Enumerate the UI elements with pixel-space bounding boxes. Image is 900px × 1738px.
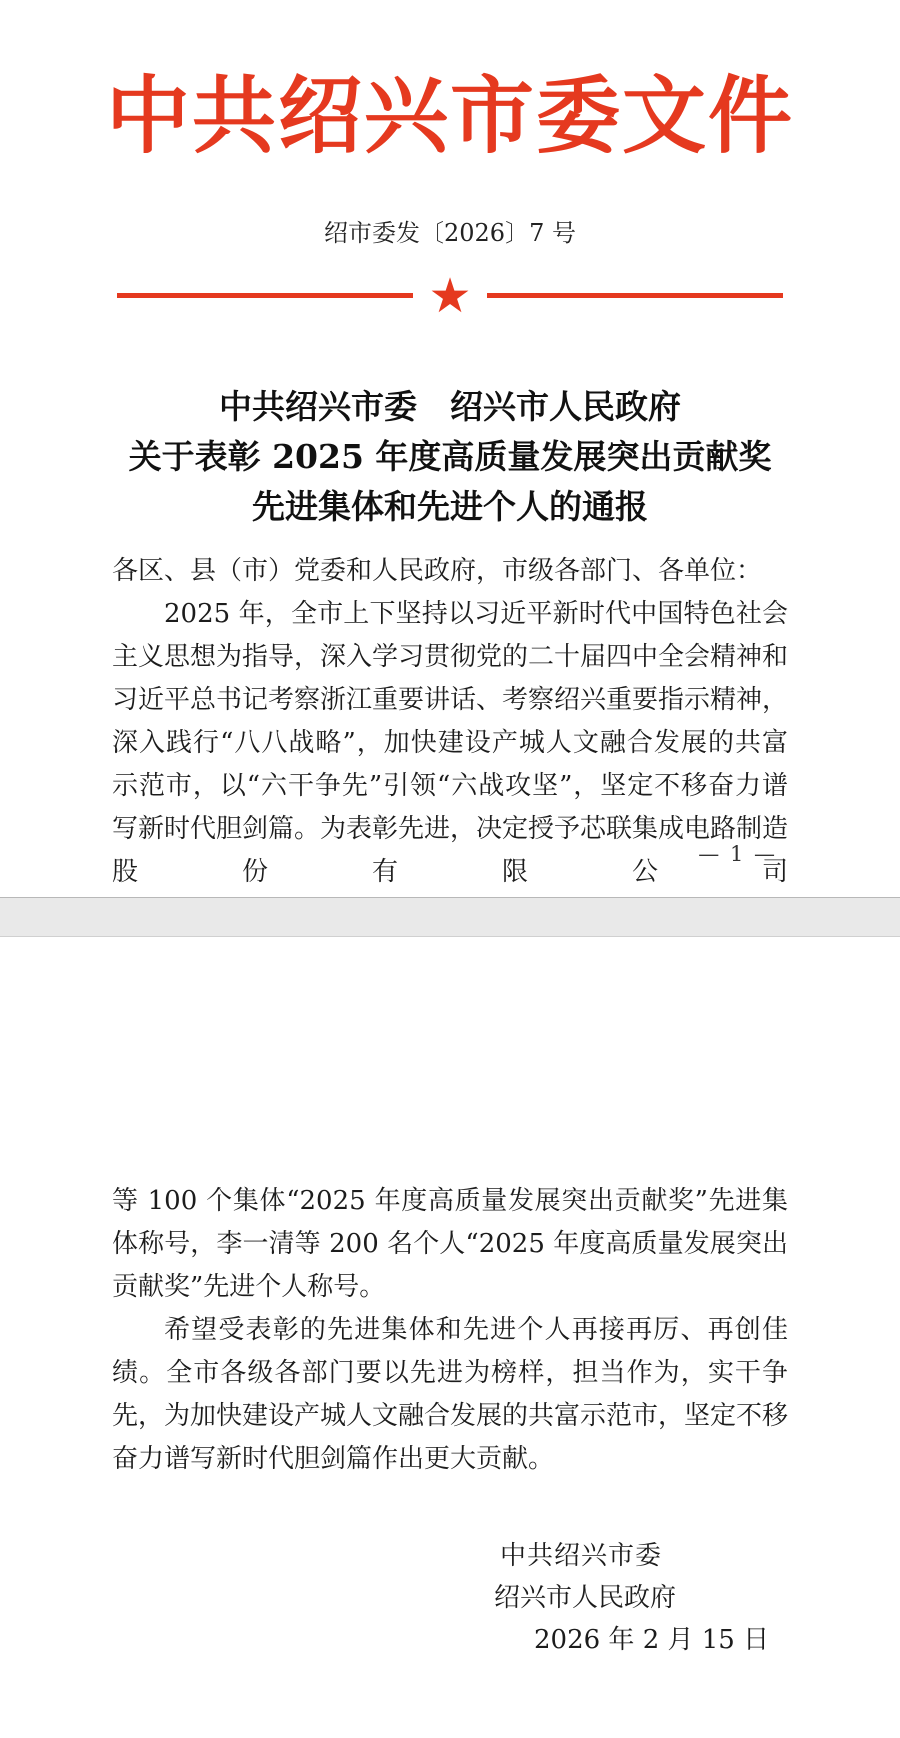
body-paragraph-page1: 2025 年，全市上下坚持以习近平新时代中国特色社会主义思想为指导，深入学习贯彻…	[112, 593, 788, 894]
document-title-line-2: 关于表彰 2025 年度高质量发展突出贡献奖	[0, 432, 900, 482]
document-masthead-title: 中共绍兴市委文件	[0, 0, 900, 184]
body-paragraph-continuation: 等 100 个集体“2025 年度高质量发展突出贡献奖”先进集体称号，李一清等 …	[112, 937, 788, 1309]
closing-paragraph: 希望受表彰的先进集体和先进个人再接再厉、再创佳绩。全市各级各部门要以先进为榜样，…	[112, 1309, 788, 1481]
signature-date: 2026 年 2 月 15 日	[534, 1618, 769, 1662]
page-number: — 1 —	[698, 842, 777, 866]
signature-org-government: 绍兴市人民政府	[494, 1576, 676, 1620]
document-number: 绍市委发〔2026〕7 号	[0, 216, 900, 250]
document-title-line-1: 中共绍兴市委 绍兴市人民政府	[0, 382, 900, 432]
signature-org-party-committee: 中共绍兴市委	[500, 1534, 662, 1578]
red-rule-right-segment	[487, 293, 783, 298]
red-rule: ★	[117, 272, 783, 320]
document-title-line-3: 先进集体和先进个人的通报	[0, 482, 900, 532]
document-page-1: 中共绍兴市委文件 绍市委发〔2026〕7 号 ★ 中共绍兴市委 绍兴市人民政府 …	[0, 0, 900, 897]
document-title: 中共绍兴市委 绍兴市人民政府 关于表彰 2025 年度高质量发展突出贡献奖 先进…	[0, 382, 900, 532]
page-separator	[0, 897, 900, 937]
document-page-2: 等 100 个集体“2025 年度高质量发展突出贡献奖”先进集体称号，李一清等 …	[0, 937, 900, 1738]
salutation: 各区、县（市）党委和人民政府，市级各部门、各单位：	[112, 550, 788, 593]
